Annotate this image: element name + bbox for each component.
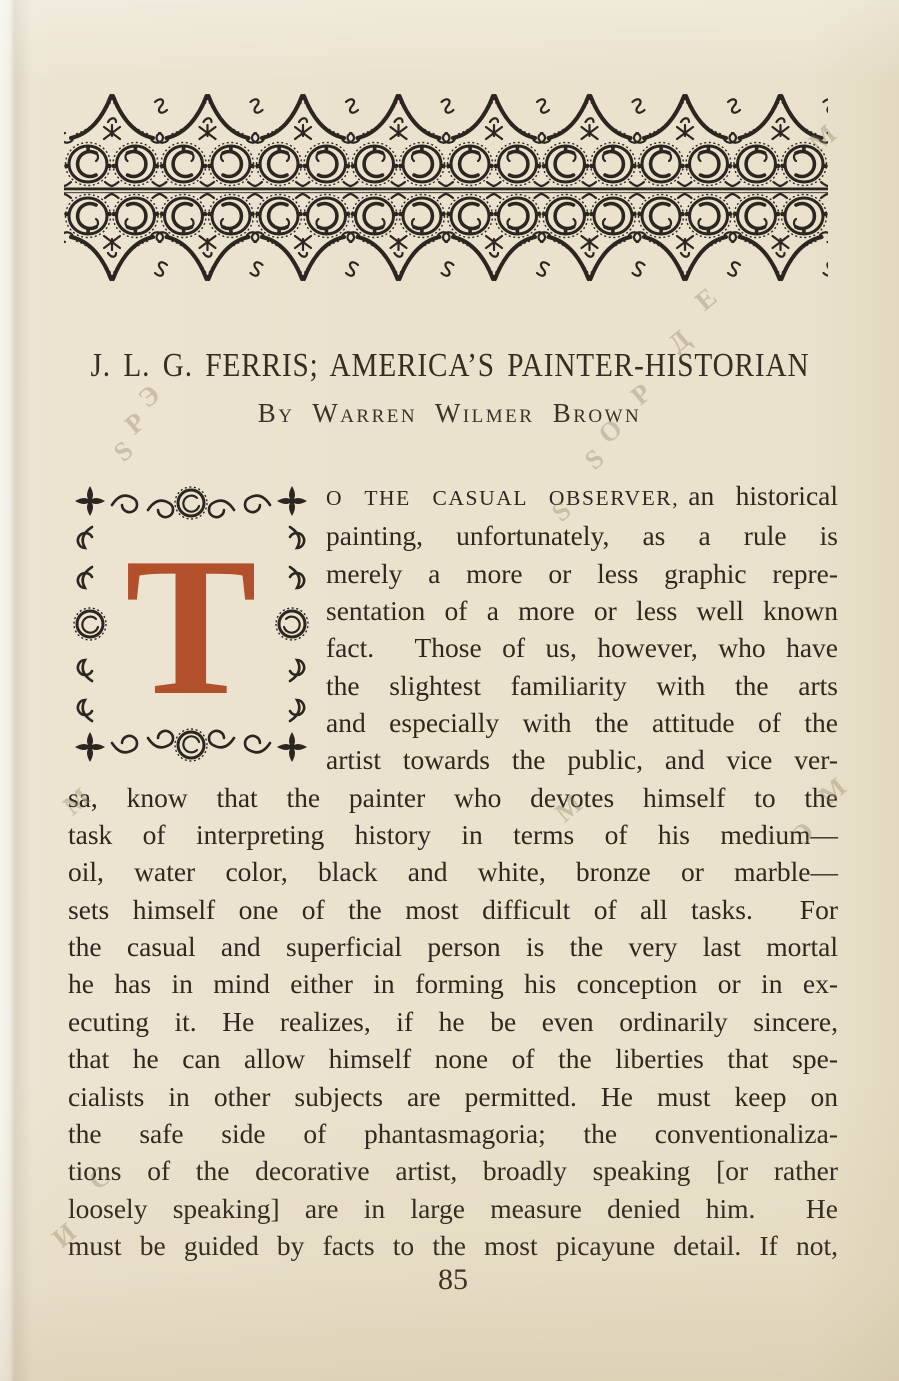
body-line: ecuting it. He realizes, if he be even o… bbox=[68, 1003, 838, 1040]
article-byline: By Warren Wilmer Brown bbox=[30, 398, 869, 429]
headpiece-fleuron-band-icon bbox=[64, 92, 828, 283]
band-row-arches-bottom bbox=[64, 232, 828, 279]
page-number: 85 bbox=[68, 1263, 838, 1297]
body-line: sets himself one of the most difficult o… bbox=[68, 891, 838, 928]
body-line: task of interpreting history in terms of… bbox=[68, 816, 838, 853]
body-line: oil, water color, black and white, bronz… bbox=[68, 853, 838, 890]
body-line: that he can allow himself none of the li… bbox=[68, 1040, 838, 1077]
article-title: J. L. G. FERRIS; AMERICA’S PAINTER-HISTO… bbox=[30, 347, 869, 385]
body-line: tions of the decorative artist, broadly … bbox=[68, 1152, 838, 1189]
body-line: loosely speaking] are in large measure d… bbox=[68, 1190, 838, 1227]
body-line-text: an historical bbox=[688, 480, 838, 511]
body-line: the safe side of phantasmagoria; the con… bbox=[68, 1115, 838, 1152]
band-row-arches-top bbox=[64, 96, 828, 143]
body-line: the casual and superficial person is the… bbox=[68, 928, 838, 965]
ghost-letter: S bbox=[108, 435, 139, 468]
body-line: must be guided by facts to the most pica… bbox=[68, 1227, 838, 1264]
ghost-letter: Е bbox=[689, 282, 723, 317]
book-page: J. L. G. FERRIS; AMERICA’S PAINTER-HISTO… bbox=[0, 0, 899, 1381]
body-text-block: T O THE CASUAL OBSERVER,an historical pa… bbox=[68, 477, 838, 1264]
body-line: sa, know that the painter who devotes hi… bbox=[68, 779, 838, 816]
dropcap-block: T bbox=[68, 479, 314, 769]
band-row-ovals-lower bbox=[64, 194, 828, 238]
band-rule bbox=[64, 188, 828, 191]
dropcap-letter-T: T bbox=[125, 522, 257, 726]
band-row-ovals-upper bbox=[64, 143, 828, 187]
body-line: cialists in other subjects are permitted… bbox=[68, 1078, 838, 1115]
ghost-letter: S bbox=[579, 443, 610, 476]
article-title-text: J. L. G. FERRIS; AMERICA’S PAINTER-HISTO… bbox=[90, 347, 809, 385]
lead-in-small-caps: O THE CASUAL OBSERVER, bbox=[326, 486, 679, 510]
body-line: he has in mind either in forming his con… bbox=[68, 965, 838, 1002]
